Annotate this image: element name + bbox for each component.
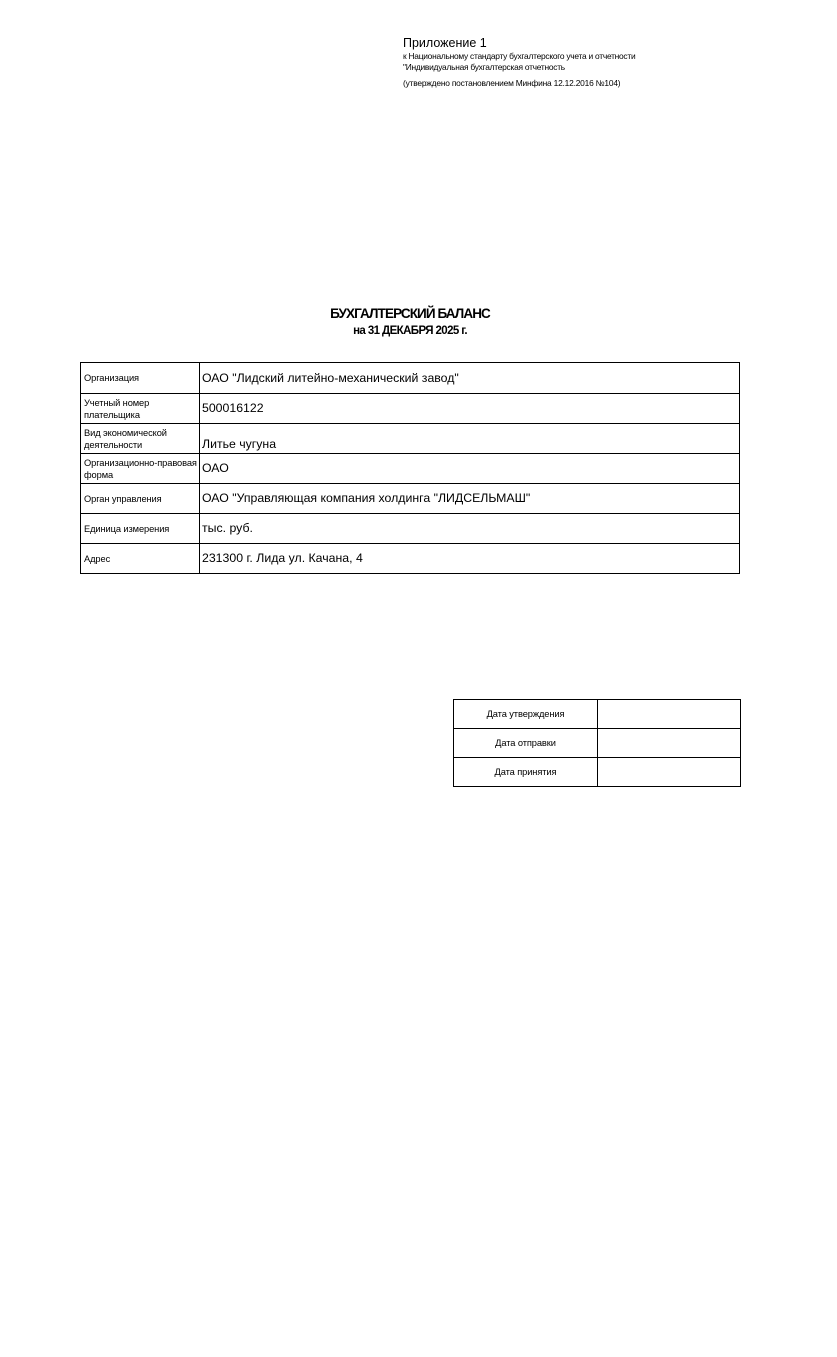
table-row: Дата утверждения [454, 700, 741, 729]
table-row: Адрес 231300 г. Лида ул. Качана, 4 [81, 544, 740, 574]
row-label-activity: Вид экономической деятельности [81, 424, 200, 454]
row-value-activity: Литье чугуна [200, 424, 740, 454]
document-title: БУХГАЛТЕРСКИЙ БАЛАНС [0, 306, 820, 322]
table-row: Единица измерения тыс. руб. [81, 514, 740, 544]
table-row: Дата принятия [454, 758, 741, 787]
date-received-label: Дата принятия [454, 758, 598, 787]
table-row: Дата отправки [454, 729, 741, 758]
table-row: Организационно-правовая форма ОАО [81, 454, 740, 484]
date-sent-value [598, 729, 741, 758]
table-row: Орган управления ОАО "Управляющая компан… [81, 484, 740, 514]
row-label-taxpayer-number: Учетный номер плательщика [81, 394, 200, 424]
row-value-unit: тыс. руб. [200, 514, 740, 544]
document-subtitle: на 31 ДЕКАБРЯ 2025 г. [0, 324, 820, 339]
organization-info-table: Организация ОАО "Лидский литейно-механич… [80, 362, 740, 574]
date-approval-value [598, 700, 741, 729]
appendix-note: Приложение 1 к Национальному стандарту б… [403, 36, 635, 89]
appendix-title: Приложение 1 [403, 36, 635, 51]
dates-table: Дата утверждения Дата отправки Дата прин… [453, 699, 741, 787]
table-row: Организация ОАО "Лидский литейно-механич… [81, 363, 740, 394]
row-value-organization: ОАО "Лидский литейно-механический завод" [200, 363, 740, 394]
appendix-line-1: к Национальному стандарту бухгалтерского… [403, 51, 635, 62]
appendix-line-2: "Индивидуальная бухгалтерская отчетность [403, 62, 635, 73]
table-row: Вид экономической деятельности Литье чуг… [81, 424, 740, 454]
date-sent-label: Дата отправки [454, 729, 598, 758]
table-row: Учетный номер плательщика 500016122 [81, 394, 740, 424]
row-value-legal-form: ОАО [200, 454, 740, 484]
row-value-governing-body: ОАО "Управляющая компания холдинга "ЛИДС… [200, 484, 740, 514]
row-label-unit: Единица измерения [81, 514, 200, 544]
appendix-approved: (утверждено постановлением Минфина 12.12… [403, 78, 635, 89]
row-label-governing-body: Орган управления [81, 484, 200, 514]
row-label-organization: Организация [81, 363, 200, 394]
date-approval-label: Дата утверждения [454, 700, 598, 729]
date-received-value [598, 758, 741, 787]
row-label-legal-form: Организационно-правовая форма [81, 454, 200, 484]
row-label-address: Адрес [81, 544, 200, 574]
row-value-address: 231300 г. Лида ул. Качана, 4 [200, 544, 740, 574]
row-value-taxpayer-number: 500016122 [200, 394, 740, 424]
